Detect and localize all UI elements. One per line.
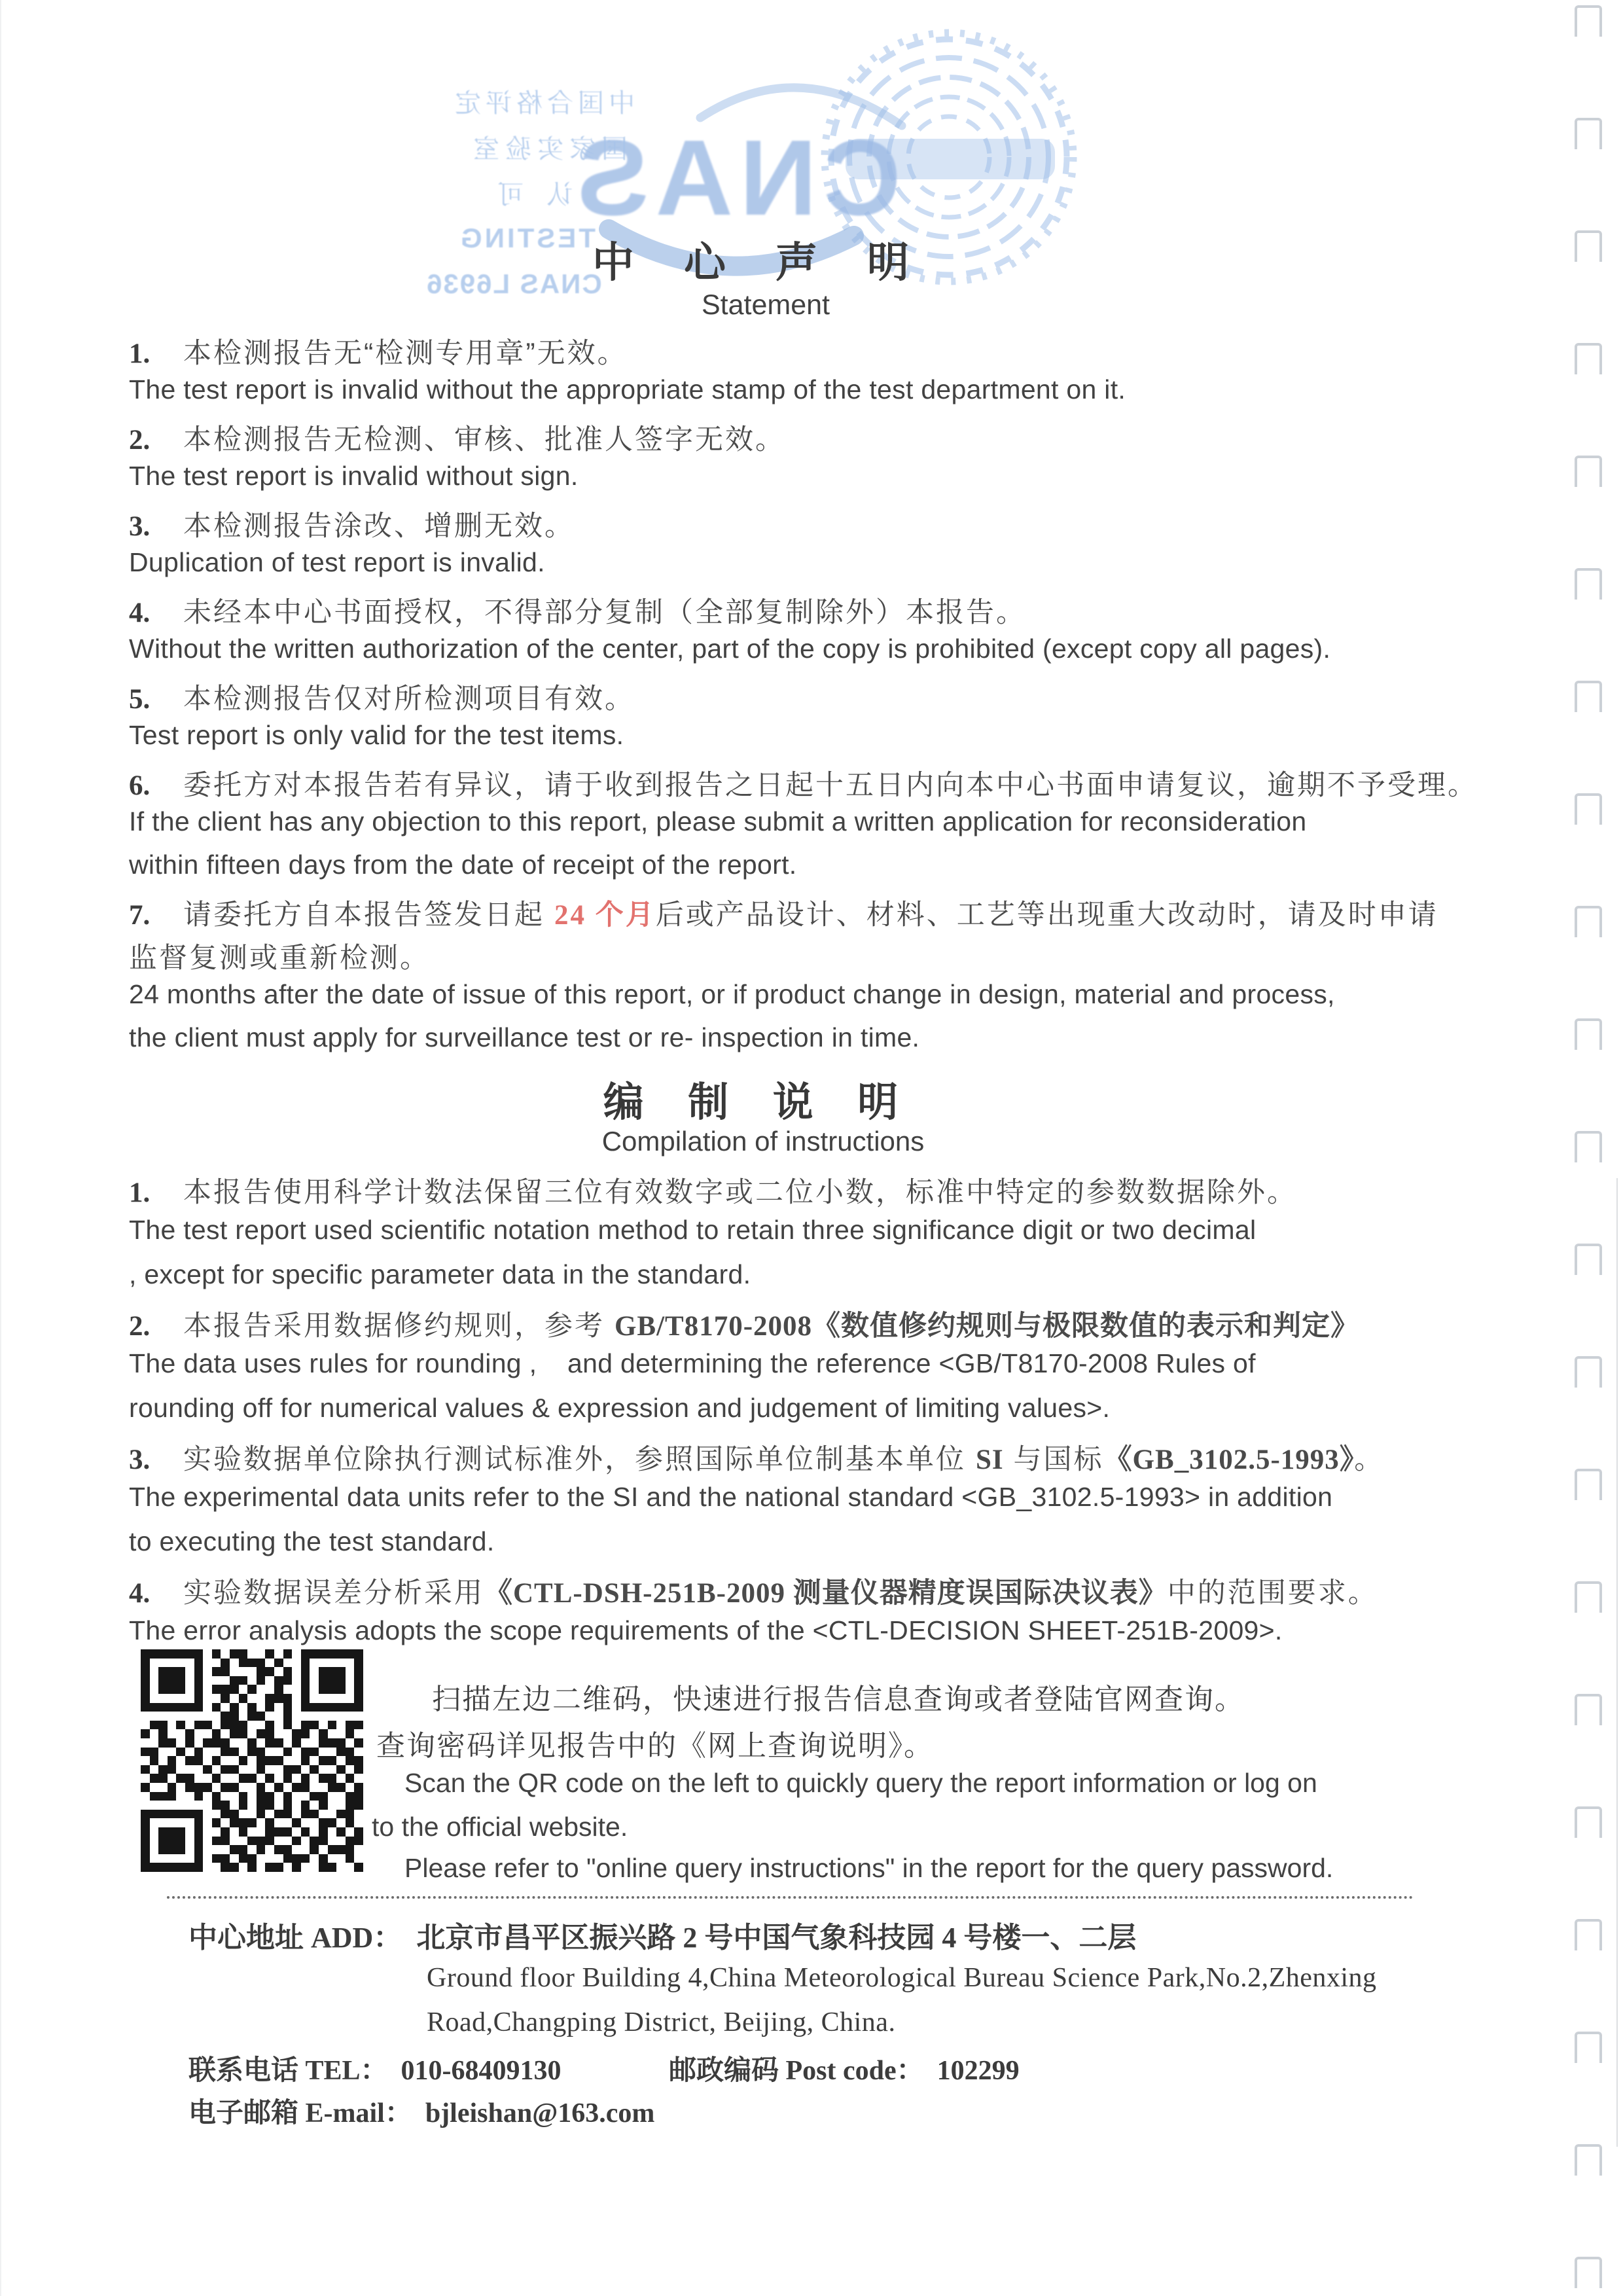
binding-mark [1575, 5, 1602, 37]
statement-line: 1.本检测报告无“检测专用章”无效。 [129, 331, 1525, 374]
binding-mark [1575, 1244, 1602, 1275]
statement-line: Without the written authorization of the… [129, 634, 1525, 677]
compilation-title-cn: 编 制 说 明 [0, 1069, 1571, 1128]
binding-mark [1575, 1018, 1602, 1050]
address-label: 中心地址 ADD： [188, 1922, 402, 1954]
compilation-line: 1.本报告使用科学计数法保留三位有效数字或二位小数，标准中特定的参数数据除外。 [129, 1170, 1525, 1215]
qr-code [141, 1649, 363, 1872]
binding-mark [1575, 2032, 1602, 2063]
compilation-title-en: Compilation of instructions [0, 1126, 1575, 1157]
binding-mark [1575, 456, 1602, 487]
statement-line: the client must apply for surveillance t… [129, 1022, 1525, 1066]
tel-value: 010-68409130 [401, 2056, 562, 2086]
compilation-line: 4.实验数据误差分析采用《CTL-DSH-251B-2009 测量仪器精度误国际… [129, 1571, 1525, 1615]
dotted-separator [167, 1896, 1414, 1899]
compilation-line: to executing the test standard. [129, 1526, 1525, 1571]
qr-instruction-en1: Scan the QR code on the left to quickly … [404, 1768, 1317, 1799]
compilation-line: rounding off for numerical values & expr… [129, 1393, 1525, 1437]
item-number: 1. [129, 1177, 183, 1209]
compilation-line: 2.本报告采用数据修约规则，参考 GB/T8170-2008《数值修约规则与极限… [129, 1304, 1525, 1348]
binding-mark [1575, 1806, 1602, 1838]
binding-mark [1575, 343, 1602, 374]
statement-line: The test report is invalid without sign. [129, 461, 1525, 504]
tel-label: 联系电话 TEL： [188, 2056, 388, 2086]
item-number: 1. [129, 338, 183, 370]
statement-line: 4.未经本中心书面授权，不得部分复制（全部复制除外）本报告。 [129, 590, 1525, 634]
item-number: 5. [129, 683, 183, 715]
qr-instruction-en3: Please refer to "online query instructio… [404, 1853, 1333, 1884]
binding-mark [1575, 1356, 1602, 1388]
stamp-text-cn2: 国家实验室 [467, 128, 628, 166]
statement-line: 2.本检测报告无检测、审核、批准人签字无效。 [129, 418, 1525, 461]
compilation-line: , except for specific parameter data in … [129, 1259, 1525, 1304]
item-number: 3. [129, 1444, 183, 1476]
footer-tel-row: 联系电话 TEL：010-68409130 [188, 2049, 562, 2088]
footer-address-row: 中心地址 ADD：北京市昌平区振兴路 2 号中国气象科技园 4 号楼一、二层 [188, 1914, 1136, 1956]
scan-edge-shadow [0, 0, 1, 2296]
qr-instruction-en2: to the official website. [372, 1812, 628, 1842]
scan-artifact-line [1616, 1178, 1618, 2147]
item-number: 2. [129, 424, 183, 456]
binding-mark [1575, 793, 1602, 825]
statement-line: 5.本检测报告仅对所检测项目有效。 [129, 677, 1525, 720]
footer-address-en-line2: Road,Changping District, Beijing, China. [427, 2007, 895, 2038]
binding-mark [1575, 118, 1602, 149]
statement-line: The test report is invalid without the a… [129, 374, 1525, 418]
binding-mark [1575, 1919, 1602, 1950]
binding-mark [1575, 681, 1602, 712]
binding-mark [1575, 568, 1602, 600]
item-number: 2. [129, 1310, 183, 1342]
postcode-label: 邮政编码 Post code： [669, 2056, 924, 2086]
statement-title-cn: 中 心 声 明 [0, 229, 1572, 289]
stamp-text-cn3: 认 可 [490, 174, 573, 211]
postcode-value: 102299 [937, 2056, 1020, 2086]
binding-mark [1575, 1131, 1602, 1162]
compilation-line: The experimental data units refer to the… [129, 1482, 1525, 1526]
statement-line: 24 months after the date of issue of thi… [129, 979, 1525, 1022]
footer-postcode-row: 邮政编码 Post code：102299 [669, 2049, 1020, 2088]
statement-title-en: Statement [0, 289, 1577, 321]
statement-line: within fifteen days from the date of rec… [129, 850, 1525, 893]
statement-line: 3.本检测报告涂改、增删无效。 [129, 504, 1525, 547]
stamp-text-cn1: 中国合格评定 [450, 82, 635, 120]
statement-line: 7.请委托方自本报告签发日起 24 个月后或产品设计、材料、工艺等出现重大改动时… [129, 893, 1525, 936]
binding-mark [1575, 1694, 1602, 1725]
cnas-logo-text: CNAS [571, 117, 901, 240]
statement-line: Test report is only valid for the test i… [129, 720, 1525, 763]
address-value-cn: 北京市昌平区振兴路 2 号中国气象科技园 4 号楼一、二层 [416, 1922, 1136, 1954]
qr-instruction-cn2: 查询密码详见报告中的《网上查询说明》。 [376, 1722, 934, 1764]
binding-mark [1575, 2144, 1602, 2176]
compilation-line: 3.实验数据单位除执行测试标准外，参照国际单位制基本单位 SI 与国标《GB_3… [129, 1437, 1525, 1482]
item-number: 3. [129, 511, 183, 543]
compilation-line: The data uses rules for rounding , and d… [129, 1348, 1525, 1393]
binding-mark [1575, 2257, 1602, 2288]
item-number: 6. [129, 770, 183, 802]
compilation-line: The test report used scientific notation… [129, 1215, 1525, 1259]
qr-instruction-cn1: 扫描左边二维码，快速进行报告信息查询或者登陆官网查询。 [432, 1676, 1245, 1717]
binding-mark [1575, 906, 1602, 937]
binding-mark [1575, 1581, 1602, 1613]
item-number: 7. [129, 899, 183, 931]
item-number: 4. [129, 1577, 183, 1609]
statement-line: 监督复测或重新检测。 [129, 936, 1525, 979]
statement-line: 6.委托方对本报告若有异议，请于收到报告之日起十五日内向本中心书面申请复议，逾期… [129, 763, 1525, 806]
scanned-report-page: CNAS 中国合格评定 国家实验室 认 可 TESTING CNAS L6936… [0, 0, 1623, 2296]
footer-address-en-line1: Ground floor Building 4,China Meteorolog… [427, 1962, 1377, 1994]
statement-line: Duplication of test report is invalid. [129, 547, 1525, 590]
item-number: 4. [129, 597, 183, 629]
compilation-clause-list: 1.本报告使用科学计数法保留三位有效数字或二位小数，标准中特定的参数数据除外。T… [129, 1170, 1525, 1660]
binding-mark [1575, 1469, 1602, 1500]
statement-line: If the client has any objection to this … [129, 806, 1525, 850]
email-value: bjleishan@163.com [425, 2098, 655, 2128]
binding-mark [1575, 230, 1602, 262]
footer-email-row: 电子邮箱 E-mail：bjleishan@163.com [188, 2091, 654, 2130]
statement-clause-list: 1.本检测报告无“检测专用章”无效。The test report is inv… [129, 331, 1525, 1066]
email-label: 电子邮箱 E-mail： [188, 2098, 412, 2128]
